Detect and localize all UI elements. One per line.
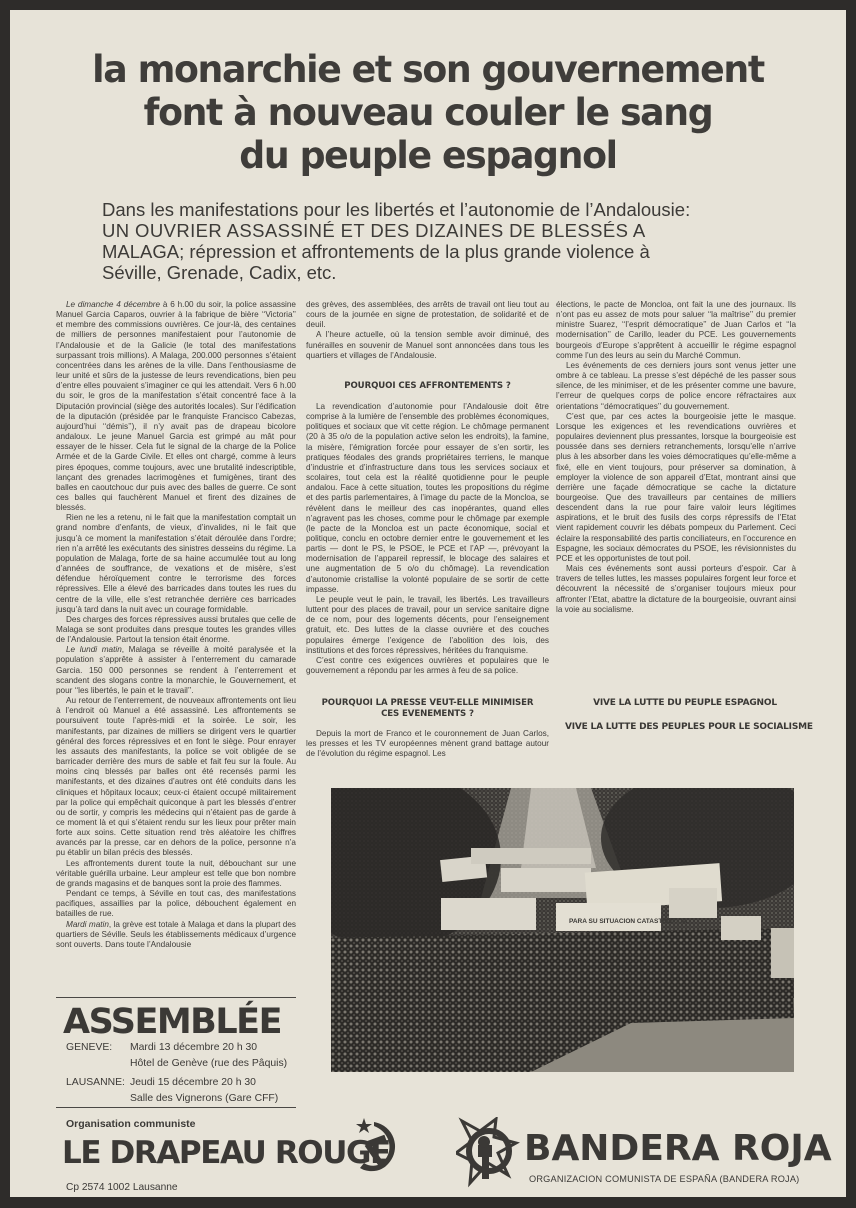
event-venue: Salle des Vignerons (Gare CFF)	[130, 1091, 278, 1107]
bandera-roja-logo: BANDERA ROJA	[524, 1128, 832, 1169]
paragraph: Pendant ce temps, à Séville en tout cas,…	[56, 889, 296, 919]
paragraph: Au retour de l’enterrement, de nouveaux …	[56, 696, 296, 859]
paragraph: Des charges des forces répressives aussi…	[56, 615, 296, 645]
paragraph: Le peuple veut le pain, le travail, les …	[306, 595, 549, 656]
slogans: VIVE LA LUTTE DU PEUPLE ESPAGNOL VIVE LA…	[565, 698, 805, 746]
hammer-sickle-star-icon	[352, 1116, 402, 1176]
svg-text:PARA SU SITUACION CATASTROFICA: PARA SU SITUACION CATASTROFICA	[569, 918, 688, 925]
event-date: Mardi 13 décembre 20 h 30	[130, 1040, 287, 1056]
assembly-geneva: GENEVE: Mardi 13 décembre 20 h 30 Hôtel …	[66, 1040, 123, 1056]
article-column-3: élections, le pacte de Moncloa, ont fait…	[556, 300, 796, 615]
subhead-line-3: MALAGA; répression et affrontements de l…	[102, 241, 712, 262]
assembly-lausanne: LAUSANNE: Jeudi 15 décembre 20 h 30 Sall…	[66, 1075, 123, 1091]
section-heading-why-press: POURQUOI LA PRESSE VEUT-ELLE MINIMISERCE…	[306, 698, 549, 720]
headline-line-3: du peuple espagnol	[48, 134, 808, 177]
postal-address: Cp 2574 1002 Lausanne	[66, 1182, 178, 1193]
headline-line-1: la monarchie et son gouvernement	[48, 48, 808, 91]
headline-line-2: font à nouveau couler le sang	[48, 91, 808, 134]
paragraph: C’est que, par ces actes la bourgeoisie …	[556, 412, 796, 564]
photo-illustration: PARA SU SITUACION CATASTROFICA	[331, 788, 794, 1072]
paragraph: Les événements de ces derniers jours son…	[556, 361, 796, 412]
subhead-line-4: Séville, Grenade, Cadix, etc.	[102, 262, 712, 283]
event-venue: Hôtel de Genève (rue des Pâquis)	[130, 1056, 287, 1072]
slogan-1: VIVE LA LUTTE DU PEUPLE ESPAGNOL	[565, 698, 805, 708]
paragraph: Mardi matin, la grève est totale à Malag…	[56, 920, 296, 950]
subhead-line-1: Dans les manifestations pour les liberté…	[102, 199, 712, 220]
bandera-roja-subtitle: ORGANIZACION COMUNISTA DE ESPAÑA (BANDER…	[529, 1174, 799, 1184]
city-label: GENEVE:	[66, 1040, 123, 1056]
paragraph: élections, le pacte de Moncloa, ont fait…	[556, 300, 796, 361]
section-heading-why-clashes: POURQUOI CES AFFRONTEMENTS ?	[306, 381, 549, 392]
subhead-line-2: UN OUVRIER ASSASSINÉ ET DES DIZAINES DE …	[102, 220, 712, 241]
paragraph: La revendication d’autonomie pour l’Anda…	[306, 402, 549, 595]
assembly-title: ASSEMBLÉE	[62, 1004, 282, 1040]
article-column-2: des grèves, des assemblées, des arrêts d…	[306, 300, 549, 760]
article-column-1: Le dimanche 4 décembre à 6 h.00 du soir,…	[56, 300, 296, 950]
city-label: LAUSANNE:	[66, 1075, 123, 1091]
divider	[56, 997, 296, 998]
star-fist-emblem-icon	[456, 1117, 522, 1189]
paragraph: Le lundi matin, Malaga se réveille à moi…	[56, 645, 296, 696]
paragraph: C’est contre ces exigences ouvrières et …	[306, 656, 549, 676]
paragraph: des grèves, des assemblées, des arrêts d…	[306, 300, 549, 330]
paragraph: Depuis la mort de Franco et le couronnem…	[306, 729, 549, 759]
paragraph: Les affrontements durent toute la nuit, …	[56, 859, 296, 889]
subheadline: Dans les manifestations pour les liberté…	[102, 199, 712, 283]
le-drapeau-rouge-logo: LE DRAPEAU ROUGE	[62, 1135, 390, 1171]
paragraph: Mais ces événements sont aussi porteurs …	[556, 564, 796, 615]
paragraph: A l’heure actuelle, où la tension semble…	[306, 330, 549, 360]
paragraph: Le dimanche 4 décembre à 6 h.00 du soir,…	[56, 300, 296, 513]
divider	[56, 1107, 296, 1108]
slogan-2: VIVE LA LUTTE DES PEUPLES POUR LE SOCIAL…	[565, 722, 805, 732]
demonstration-photo: PARA SU SITUACION CATASTROFICA	[331, 788, 794, 1072]
headline: la monarchie et son gouvernement font à …	[48, 48, 808, 177]
org-label: Organisation communiste	[66, 1118, 196, 1130]
leaflet-page: la monarchie et son gouvernement font à …	[10, 10, 846, 1197]
paragraph: Rien ne les a retenu, ni le fait que la …	[56, 513, 296, 615]
event-date: Jeudi 15 décembre 20 h 30	[130, 1075, 278, 1091]
